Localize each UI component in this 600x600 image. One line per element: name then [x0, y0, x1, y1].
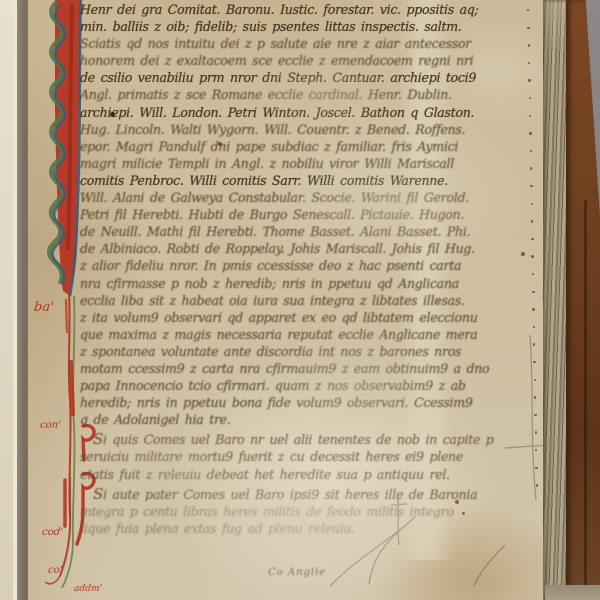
text-line: archiepi. Will. London. Petri Winton. Jo… — [80, 104, 432, 121]
text-line: papa Innocencio tcio cfirmari. quam z no… — [80, 377, 432, 394]
text-line: z ita volum9 observari qd apparet ex eo … — [80, 309, 432, 326]
text-line: Angl. primatis z sce Romane ecclie cardi… — [80, 86, 432, 103]
text-line: Si quis Comes uel Baro nr uel alii tenen… — [80, 431, 432, 448]
text-line: integra p centu libras heres militis de … — [80, 503, 432, 520]
text-line: motam ccessim9 z carta nra cfirmauim9 z … — [80, 360, 432, 377]
text-line: q de Adolanigel hia tre. — [80, 411, 432, 428]
text-line: comitis Penbroc. Willi comitis Sarr. Wil… — [80, 172, 432, 189]
text-line: de Neuill. Mathi fil Herebti. Thome Bass… — [80, 223, 432, 240]
text-line: epor. Magri Pandulf dni pape subdiac z f… — [80, 138, 432, 155]
text-line: Will. Alani de Galweya Constabular. Scoc… — [80, 189, 432, 206]
text-line: etatis fuit z releuiu debeat het heredit… — [80, 466, 432, 483]
text-line: Sciatis qd nos intuitu dei z p salute ai… — [80, 35, 432, 52]
photo-mat-strip — [0, 0, 14, 600]
bottom-page-edges — [545, 585, 600, 600]
text-line: lique fuia plena extas fug ad plenu rele… — [80, 520, 432, 537]
text-line: magri milicie Templi in Angl. z nobiliu … — [80, 155, 432, 172]
text-line: nra cfirmasse p nob z heredib; nris in p… — [80, 275, 432, 292]
text-line: Henr dei gra Comitat. Baronu. Iustic. fo… — [80, 1, 432, 18]
text-line: de Albiniaco. Robti de Roppelay. Johis M… — [80, 240, 432, 257]
text-line: ecclia liba sit z habeat oia iura sua in… — [80, 292, 432, 309]
text-line: min. balliis z oib; fidelib; suis psente… — [80, 18, 432, 35]
text-block: Henr dei gra Comitat. Baronu. Iustic. fo… — [80, 1, 432, 541]
text-line: seruiciu militare mortu9 fuerit z cu dec… — [80, 448, 432, 465]
text-line: heredib; nris in ppetuu bona fide volum9… — [80, 394, 432, 411]
cover-dark-streak — [584, 200, 587, 600]
faded-inscription: Co Anglie — [268, 567, 326, 578]
text-line: que maxima z magis necessaria reputat ec… — [80, 326, 432, 343]
text-line: Petri fil Herebti. Hubti de Burgo Senesc… — [80, 206, 432, 223]
text-line: Si aute pater Comes uel Baro ipsi9 sit h… — [80, 486, 432, 503]
text-line: de csilio venabiliu prm nror dni Steph. … — [80, 69, 432, 86]
text-line: z spontanea voluntate ante discordia int… — [80, 343, 432, 360]
text-line: honorem dei z exaltacoem sce ecclie z em… — [80, 52, 432, 69]
text-line: Hug. Lincoln. Walti Wygorn. Will. Couent… — [80, 121, 432, 138]
manuscript-photo: Henr dei gra Comitat. Baronu. Iustic. fo… — [0, 0, 600, 600]
text-line: z alior fideliu nror. In pmis ccessisse … — [80, 257, 432, 274]
